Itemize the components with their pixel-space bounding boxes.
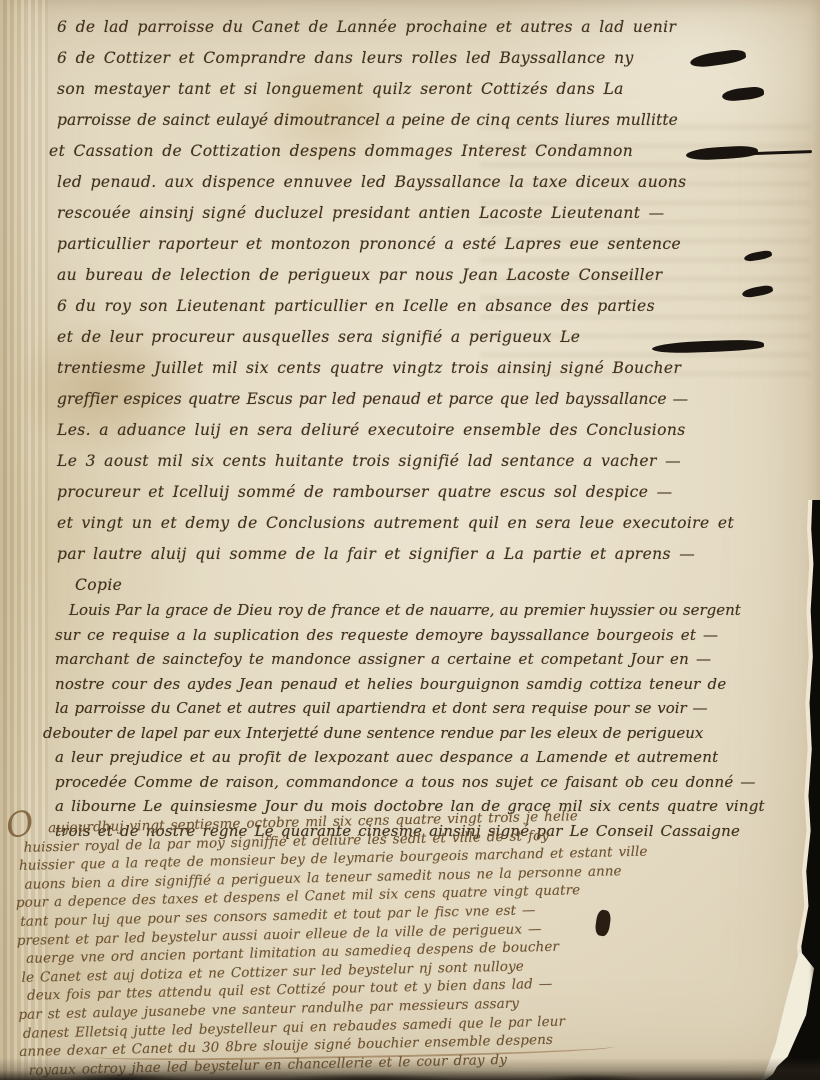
manuscript-text-line: procedée Comme de raison, commandonce a … [55,770,811,795]
manuscript-text-line: procureur et Icelluij sommé de rambourse… [57,477,807,508]
manuscript-text-line: Les. a aduance luij en sera deliuré exec… [57,415,807,446]
manuscript-text-line: sur ce requise a la suplication des requ… [55,623,811,648]
manuscript-text-line: marchant de sainctefoy te mandonce assig… [55,647,811,672]
manuscript-text-line: par lautre aluij qui somme de la fair et… [57,539,807,570]
manuscript-text-line: Copie [75,570,807,601]
manuscript-text-line: led penaud. aux dispence ennuvee led Bay… [57,167,807,198]
manuscript-text-line: son mestayer tant et si longuement quilz… [57,74,807,105]
manuscript-text-line: trentiesme Juillet mil six cents quatre … [57,353,807,384]
manuscript-text-line: particullier raporteur et montozon prono… [57,229,807,260]
manuscript-addendum: aujourdhuj vingt septiesme octobre mil s… [14,802,820,1080]
manuscript-text-line: 6 du roy son Lieutenant particullier en … [57,291,807,322]
manuscript-text-line: Louis Par la grace de Dieu roy de france… [69,598,811,623]
manuscript-text-line: debouter de lapel par eux Interjetté dun… [43,721,811,746]
manuscript-paragraph-1: 6 de lad parroisse du Canet de Lannée pr… [57,12,807,601]
manuscript-text-line: nostre cour des aydes Jean penaud et hel… [55,672,811,697]
manuscript-text-line: 6 de lad parroisse du Canet de Lannée pr… [57,12,807,43]
manuscript-text-line: et vingt un et demy de Conclusions autre… [57,508,807,539]
manuscript-text-line: Le 3 aoust mil six cents huitante trois … [57,446,807,477]
manuscript-text-line: la parroisse du Canet et autres quil apa… [55,696,811,721]
scanned-manuscript-page: 6 de lad parroisse du Canet de Lannée pr… [0,0,820,1080]
manuscript-text-line: greffier espices quatre Escus par led pe… [57,384,807,415]
manuscript-text-line: rescouée ainsinj signé ducluzel presidan… [57,198,807,229]
manuscript-text-line: au bureau de lelection de perigueux par … [57,260,807,291]
page-bottom-shadow [0,1058,820,1080]
manuscript-text-line: a leur prejudice et au profit de lexpoza… [55,745,811,770]
manuscript-text-line: parroisse de sainct eulayé dimoutrancel … [57,105,807,136]
